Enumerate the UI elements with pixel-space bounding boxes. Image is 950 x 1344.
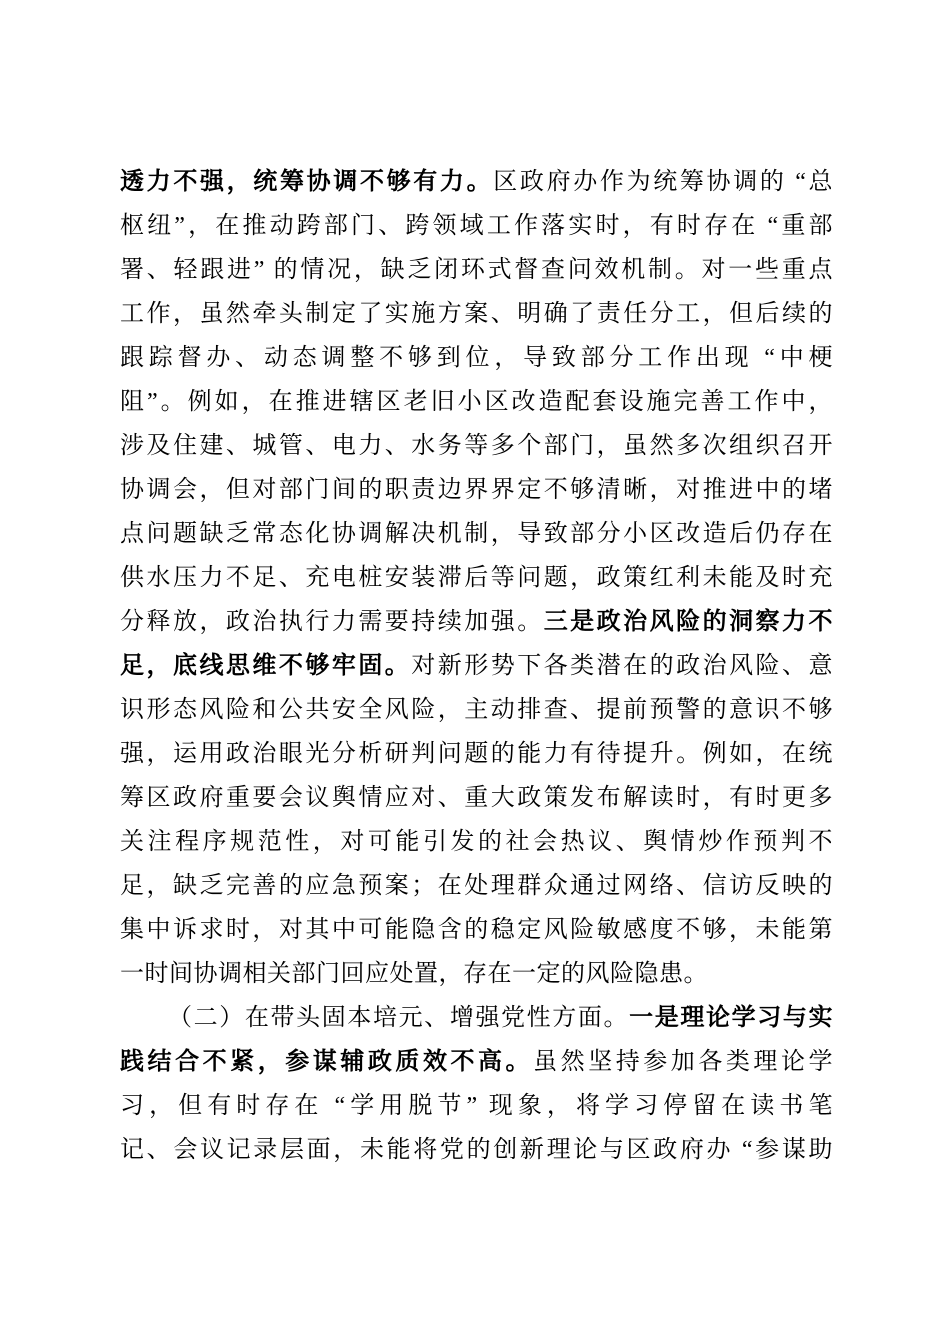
text-line: 供水压力不足、充电桩安装滞后等问题，政策红利未能及时充 (120, 556, 833, 600)
text-run: 协调会，但对部门间的职责边界界定不够清晰，对推进中的堵 (120, 477, 833, 503)
text-run: 足，缺乏完善的应急预案；在处理群众通过网络、信访反映的 (120, 873, 833, 899)
text-run: 强，运用政治眼光分析研判问题的能力有待提升。例如，在统 (120, 741, 833, 767)
text-line: 透力不强，统筹协调不够有力。区政府办作为统筹协调的 “总 (120, 160, 833, 204)
bold-text-run: 足，底线思维不够牢固。 (120, 653, 411, 679)
text-line: 记、会议记录层面，未能将党的创新理论与区政府办 “参谋助 (120, 1128, 833, 1172)
bold-text-run: 一是理论学习与实 (629, 1005, 833, 1031)
bold-text-run: 三是政治风险的洞察力不 (544, 609, 833, 635)
text-line: 阻”。例如，在推进辖区老旧小区改造配套设施完善工作中， (120, 380, 833, 424)
text-line: 筹区政府重要会议舆情应对、重大政策发布解读时，有时更多 (120, 776, 833, 820)
text-line: 识形态风险和公共安全风险，主动排查、提前预警的意识不够 (120, 688, 833, 732)
text-run: 一时间协调相关部门回应处置，存在一定的风险隐患。 (120, 961, 708, 987)
text-run: 关注程序规范性，对可能引发的社会热议、舆情炒作预判不 (120, 829, 833, 855)
text-run: 记、会议记录层面，未能将党的创新理论与区政府办 “参谋助 (120, 1137, 833, 1163)
text-run: 供水压力不足、充电桩安装滞后等问题，政策红利未能及时充 (120, 565, 833, 591)
text-run: 工作，虽然牵头制定了实施方案、明确了责任分工，但后续的 (120, 301, 833, 327)
text-line: 分释放，政治执行力需要持续加强。三是政治风险的洞察力不 (120, 600, 833, 644)
text-run: 筹区政府重要会议舆情应对、重大政策发布解读时，有时更多 (120, 785, 833, 811)
bold-text-run: 践结合不紧，参谋辅政质效不高。 (120, 1049, 533, 1075)
text-line: 习，但有时存在 “学用脱节” 现象，将学习停留在读书笔 (120, 1084, 833, 1128)
text-line: 强，运用政治眼光分析研判问题的能力有待提升。例如，在统 (120, 732, 833, 776)
text-run: 阻”。例如，在推进辖区老旧小区改造配套设施完善工作中， (120, 389, 833, 415)
text-run: 枢纽”，在推动跨部门、跨领域工作落实时，有时存在 “重部 (120, 213, 833, 239)
text-run: 点问题缺乏常态化协调解决机制，导致部分小区改造后仍存在 (120, 521, 833, 547)
text-run: 跟踪督办、动态调整不够到位，导致部分工作出现 “中梗 (120, 345, 833, 371)
document-body: 透力不强，统筹协调不够有力。区政府办作为统筹协调的 “总枢纽”，在推动跨部门、跨… (120, 160, 833, 1172)
text-line: （二）在带头固本培元、增强党性方面。一是理论学习与实 (120, 996, 833, 1040)
text-line: 协调会，但对部门间的职责边界界定不够清晰，对推进中的堵 (120, 468, 833, 512)
text-run: 虽然坚持参加各类理论学 (533, 1049, 833, 1075)
text-run: 集中诉求时，对其中可能隐含的稳定风险敏感度不够，未能第 (120, 917, 833, 943)
text-run: 习，但有时存在 “学用脱节” 现象，将学习停留在读书笔 (120, 1093, 833, 1119)
text-run: 署、轻跟进” 的情况，缺乏闭环式督查问效机制。对一些重点 (120, 257, 833, 283)
text-line: 足，缺乏完善的应急预案；在处理群众通过网络、信访反映的 (120, 864, 833, 908)
text-line: 涉及住建、城管、电力、水务等多个部门，虽然多次组织召开 (120, 424, 833, 468)
text-run: 识形态风险和公共安全风险，主动排查、提前预警的意识不够 (120, 697, 833, 723)
text-line: 署、轻跟进” 的情况，缺乏闭环式督查问效机制。对一些重点 (120, 248, 833, 292)
text-run: 区政府办作为统筹协调的 “总 (493, 169, 833, 195)
text-run: （二）在带头固本培元、增强党性方面。 (168, 1005, 629, 1031)
text-line: 跟踪督办、动态调整不够到位，导致部分工作出现 “中梗 (120, 336, 833, 380)
text-line: 践结合不紧，参谋辅政质效不高。虽然坚持参加各类理论学 (120, 1040, 833, 1084)
text-run: 涉及住建、城管、电力、水务等多个部门，虽然多次组织召开 (120, 433, 833, 459)
text-run: 分释放，政治执行力需要持续加强。 (120, 609, 544, 635)
text-line: 集中诉求时，对其中可能隐含的稳定风险敏感度不够，未能第 (120, 908, 833, 952)
text-run: 对新形势下各类潜在的政治风险、意 (411, 653, 833, 679)
text-line: 工作，虽然牵头制定了实施方案、明确了责任分工，但后续的 (120, 292, 833, 336)
text-line: 一时间协调相关部门回应处置，存在一定的风险隐患。 (120, 952, 833, 996)
bold-text-run: 透力不强，统筹协调不够有力。 (120, 169, 493, 195)
text-line: 足，底线思维不够牢固。对新形势下各类潜在的政治风险、意 (120, 644, 833, 688)
text-line: 点问题缺乏常态化协调解决机制，导致部分小区改造后仍存在 (120, 512, 833, 556)
text-line: 枢纽”，在推动跨部门、跨领域工作落实时，有时存在 “重部 (120, 204, 833, 248)
document-page: 透力不强，统筹协调不够有力。区政府办作为统筹协调的 “总枢纽”，在推动跨部门、跨… (0, 0, 950, 1344)
text-line: 关注程序规范性，对可能引发的社会热议、舆情炒作预判不 (120, 820, 833, 864)
